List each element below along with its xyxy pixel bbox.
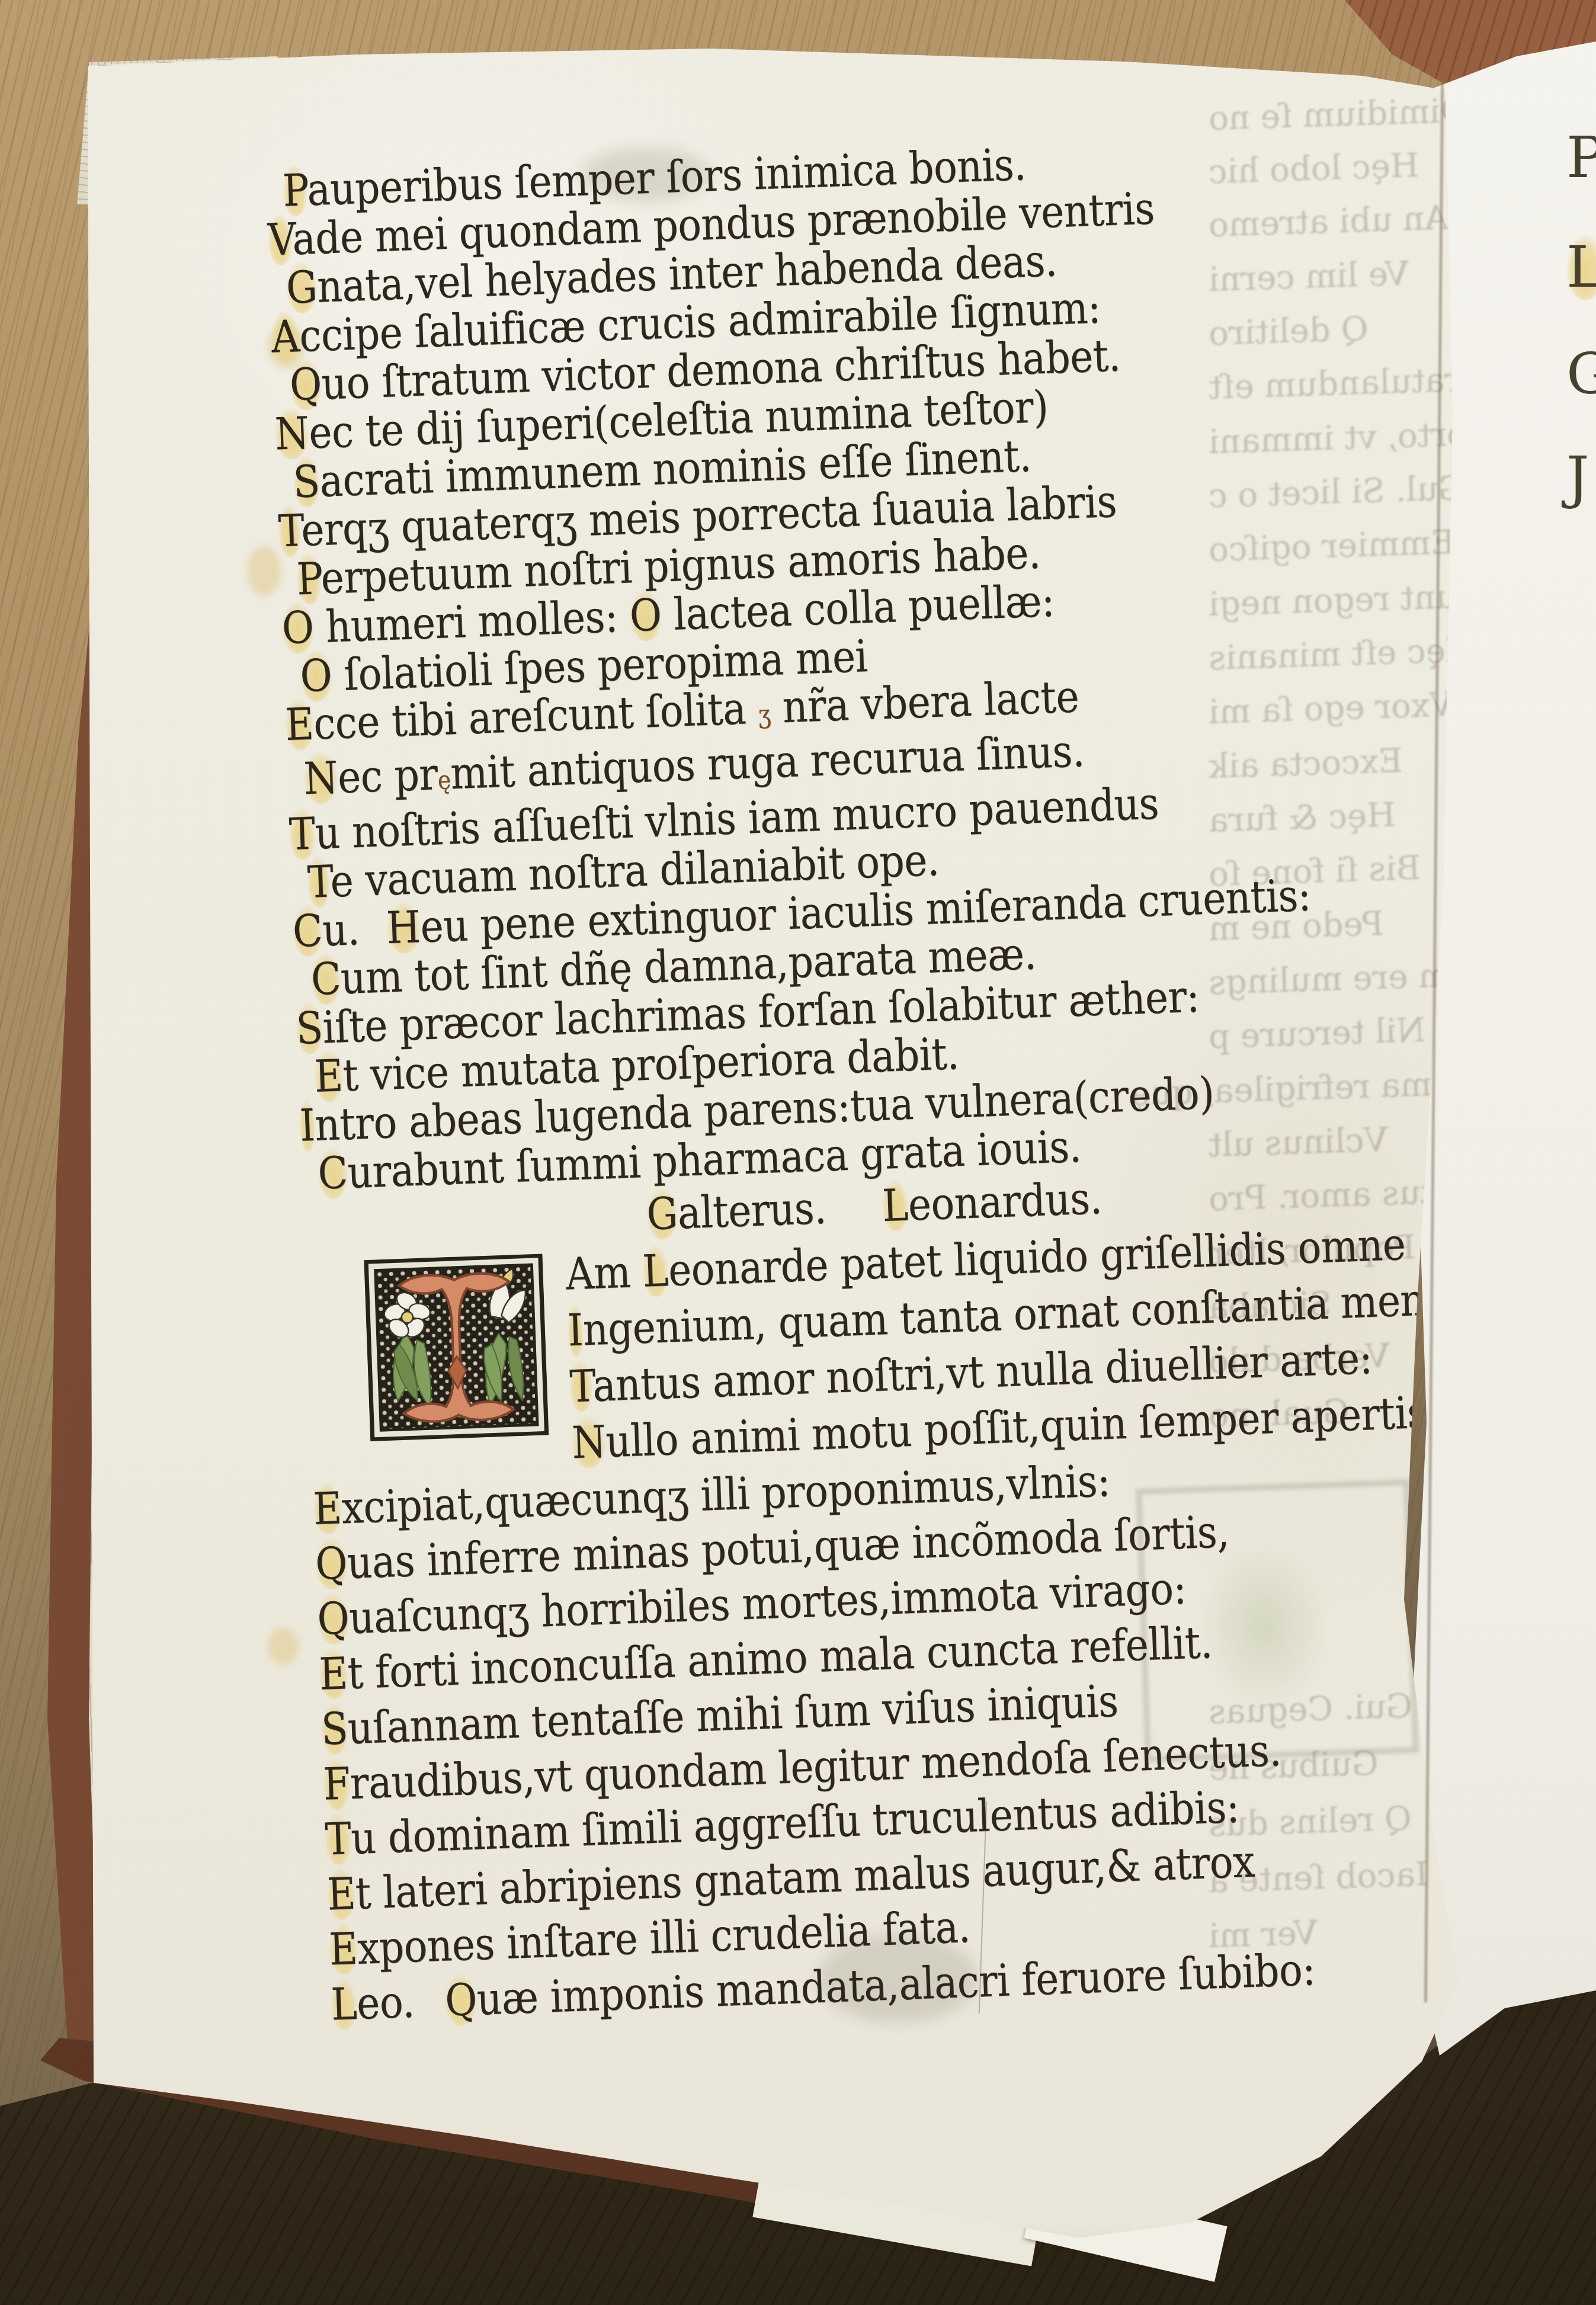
rubricated-initial: P xyxy=(296,553,322,605)
rubricated-initial: T xyxy=(569,1360,593,1412)
rubricated-initial: V xyxy=(267,213,293,265)
rubricated-initial: I xyxy=(567,1304,584,1357)
rubricated-initial: L xyxy=(882,1179,909,1232)
rubricated-initial: T xyxy=(307,856,331,908)
yellow-stain xyxy=(248,546,281,596)
rubricated-initial: H xyxy=(386,901,421,954)
rubricated-initial: L xyxy=(642,1245,669,1297)
rubricated-initial: T xyxy=(289,808,316,861)
rubricated-initial: E xyxy=(284,698,315,751)
rubricated-initial: O xyxy=(629,589,662,642)
decorated-initial-I-woodcut xyxy=(364,1254,549,1441)
printed-text: nr̃a vbera lacte xyxy=(770,671,1080,733)
printed-text: Am xyxy=(565,1246,643,1300)
rubricated-initial: E xyxy=(313,1050,344,1102)
rubricated-initial: T xyxy=(277,505,302,557)
rubricated-initial: S xyxy=(292,456,321,508)
rubricated-initial: E xyxy=(312,1482,342,1535)
rubricated-initial: S xyxy=(295,1002,323,1054)
rubricated-initial: E xyxy=(318,1647,348,1700)
rubricated-initial: E xyxy=(326,1868,357,1921)
handwritten-correction: ʒ xyxy=(758,699,771,730)
rubricated-initial: Q xyxy=(316,1592,350,1645)
facing-page-letter: P xyxy=(1566,124,1596,191)
rubricated-initial: I xyxy=(299,1099,316,1152)
rubricated-initial: N xyxy=(303,752,338,804)
book-page: Dimidium ſe noHęc lobo hicAn ubi atremoV… xyxy=(0,0,1596,2305)
facing-page-letter: J xyxy=(1566,444,1589,511)
handwritten-correction: ę xyxy=(437,765,451,796)
rubricated-initial: F xyxy=(322,1758,351,1810)
printed-text: eonardus. xyxy=(907,1172,1103,1231)
rubricated-initial: G xyxy=(286,261,318,314)
rubricated-initial: A xyxy=(271,310,300,363)
spacer xyxy=(826,1221,883,1223)
spacer xyxy=(415,2016,446,2017)
poem-section-upper: Pauperibus ſemper ſors inimica bonis.Vad… xyxy=(265,126,1534,1201)
printed-text: eo. xyxy=(356,1976,415,2030)
photo-of-open-incunable-book: PLGJ Dimidium ſe noHęc lobo hicAn ubi at… xyxy=(0,0,1596,2305)
printed-text: u. xyxy=(321,903,360,956)
rubricated-initial: L xyxy=(330,1978,357,2031)
rubricated-initial: C xyxy=(310,953,341,1005)
drop-cap-paragraph: Am Leonarde patet liquido griſellidis om… xyxy=(305,1213,1544,1482)
rubricated-initial: N xyxy=(274,408,309,460)
rubricated-initial: C xyxy=(317,1147,348,1200)
yellow-stain xyxy=(268,1628,299,1665)
rubricated-initial: E xyxy=(328,1923,358,1976)
spacer xyxy=(360,943,387,944)
facing-page-letter: L xyxy=(1566,234,1596,300)
facing-page-letter: G xyxy=(1566,341,1596,407)
printed-text: alterus. xyxy=(677,1182,827,1239)
rubricated-initial: Q xyxy=(315,1537,348,1590)
poem-section-lower: Excipiat,quæcunqʒ illi proponimus,vlnis:… xyxy=(312,1440,1563,2034)
poem-text-block: Pauperibus ſemper ſors inimica bonis.Vad… xyxy=(265,126,1563,2034)
rubricated-initial: Q xyxy=(444,1974,478,2027)
rubricated-initial: O xyxy=(281,602,315,655)
rubricated-initial: S xyxy=(321,1703,349,1755)
rubricated-initial: C xyxy=(291,905,323,957)
rubricated-initial: O xyxy=(299,650,333,703)
rubricated-initial: T xyxy=(324,1813,352,1865)
rubricated-initial: Q xyxy=(289,358,322,411)
rubricated-initial: N xyxy=(571,1416,607,1469)
printed-text: ec pr xyxy=(336,748,438,803)
rubricated-initial: G xyxy=(646,1188,678,1240)
rubricated-initial: P xyxy=(282,164,308,216)
